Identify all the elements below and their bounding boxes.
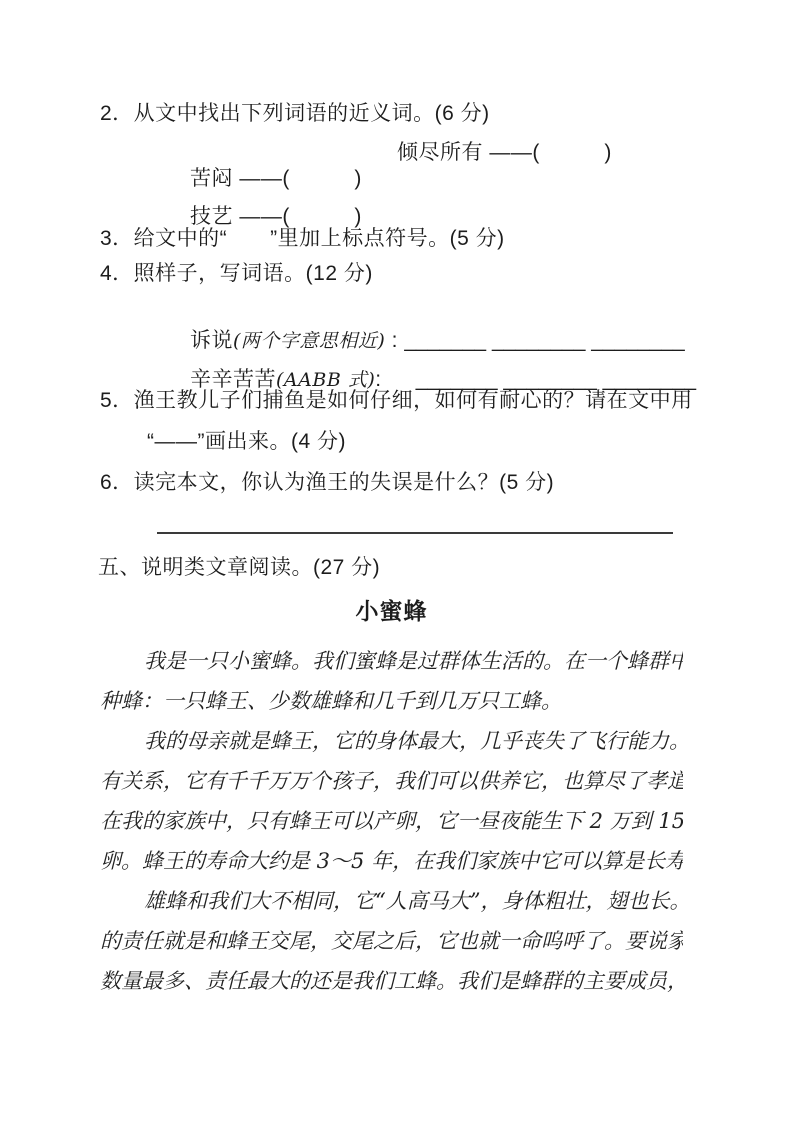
q6-answer-blank-line bbox=[157, 517, 673, 534]
passage-line: 我的母亲就是蜂王，它的身体最大，几乎丧失了飞行能力。这没 bbox=[100, 721, 683, 761]
question-4-title: 4．照样子，写词语。(12 分) bbox=[100, 261, 373, 287]
question-3-title: 3．给文中的“ ”里加上标点符号。(5 分) bbox=[100, 226, 505, 252]
passage-line: 卵。蜂王的寿命大约是 3～5 年，在我们家族中它可以算是长寿的了。 bbox=[100, 841, 683, 881]
passage-line: 我是一只小蜜蜂。我们蜜蜂是过群体生活的。在一个蜂群中有三 bbox=[100, 641, 683, 681]
question-6-title: 6．读完本文，你认为渔王的失误是什么？(5 分) bbox=[100, 470, 554, 496]
q2-synonym-pair-qingjinsuoyou: 倾尽所有 ——( ) bbox=[397, 140, 612, 166]
passage-line: 在我的家族中，只有蜂王可以产卵，它一昼夜能生下 2 万到 15 万个 bbox=[100, 801, 683, 841]
passage-title: 小蜜蜂 bbox=[100, 597, 683, 625]
passage-line: 雄蜂和我们大不相同，它“人高马大”，身体粗壮，翅也长。它 bbox=[100, 881, 683, 921]
question-5-line-1: 5．渔王教儿子们捕鱼是如何仔细，如何有耐心的？请在文中用 bbox=[100, 388, 693, 414]
passage-body: 我是一只小蜜蜂。我们蜜蜂是过群体生活的。在一个蜂群中有三种蜂：一只蜂王、少数雄蜂… bbox=[100, 641, 683, 1001]
section-5-heading: 五、说明类文章阅读。(27 分) bbox=[98, 555, 380, 581]
worksheet-content: 2．从文中找出下列词语的近义词。(6 分) 苦闷 ——( ) 倾尽所有 ——( … bbox=[100, 0, 683, 1122]
passage-line: 数量最多、责任最大的还是我们工蜂。我们是蜂群的主要成员，工作 bbox=[100, 961, 683, 1001]
passage-line: 种蜂：一只蜂王、少数雄蜂和几千到几万只工蜂。 bbox=[100, 681, 683, 721]
question-5-line-2: “——”画出来。(4 分) bbox=[147, 429, 346, 455]
q2-synonym-pair-jiyi: 技艺 ——( ) bbox=[190, 205, 362, 228]
question-2-title: 2．从文中找出下列词语的近义词。(6 分) bbox=[100, 101, 490, 127]
worksheet-page: 2．从文中找出下列词语的近义词。(6 分) 苦闷 ——( ) 倾尽所有 ——( … bbox=[0, 0, 793, 1122]
passage-line: 有关系，它有千千万万个孩子，我们可以供养它，也算尽了孝道吧! bbox=[100, 761, 683, 801]
passage-line: 的责任就是和蜂王交尾，交尾之后，它也就一命呜呼了。要说家族中 bbox=[100, 921, 683, 961]
